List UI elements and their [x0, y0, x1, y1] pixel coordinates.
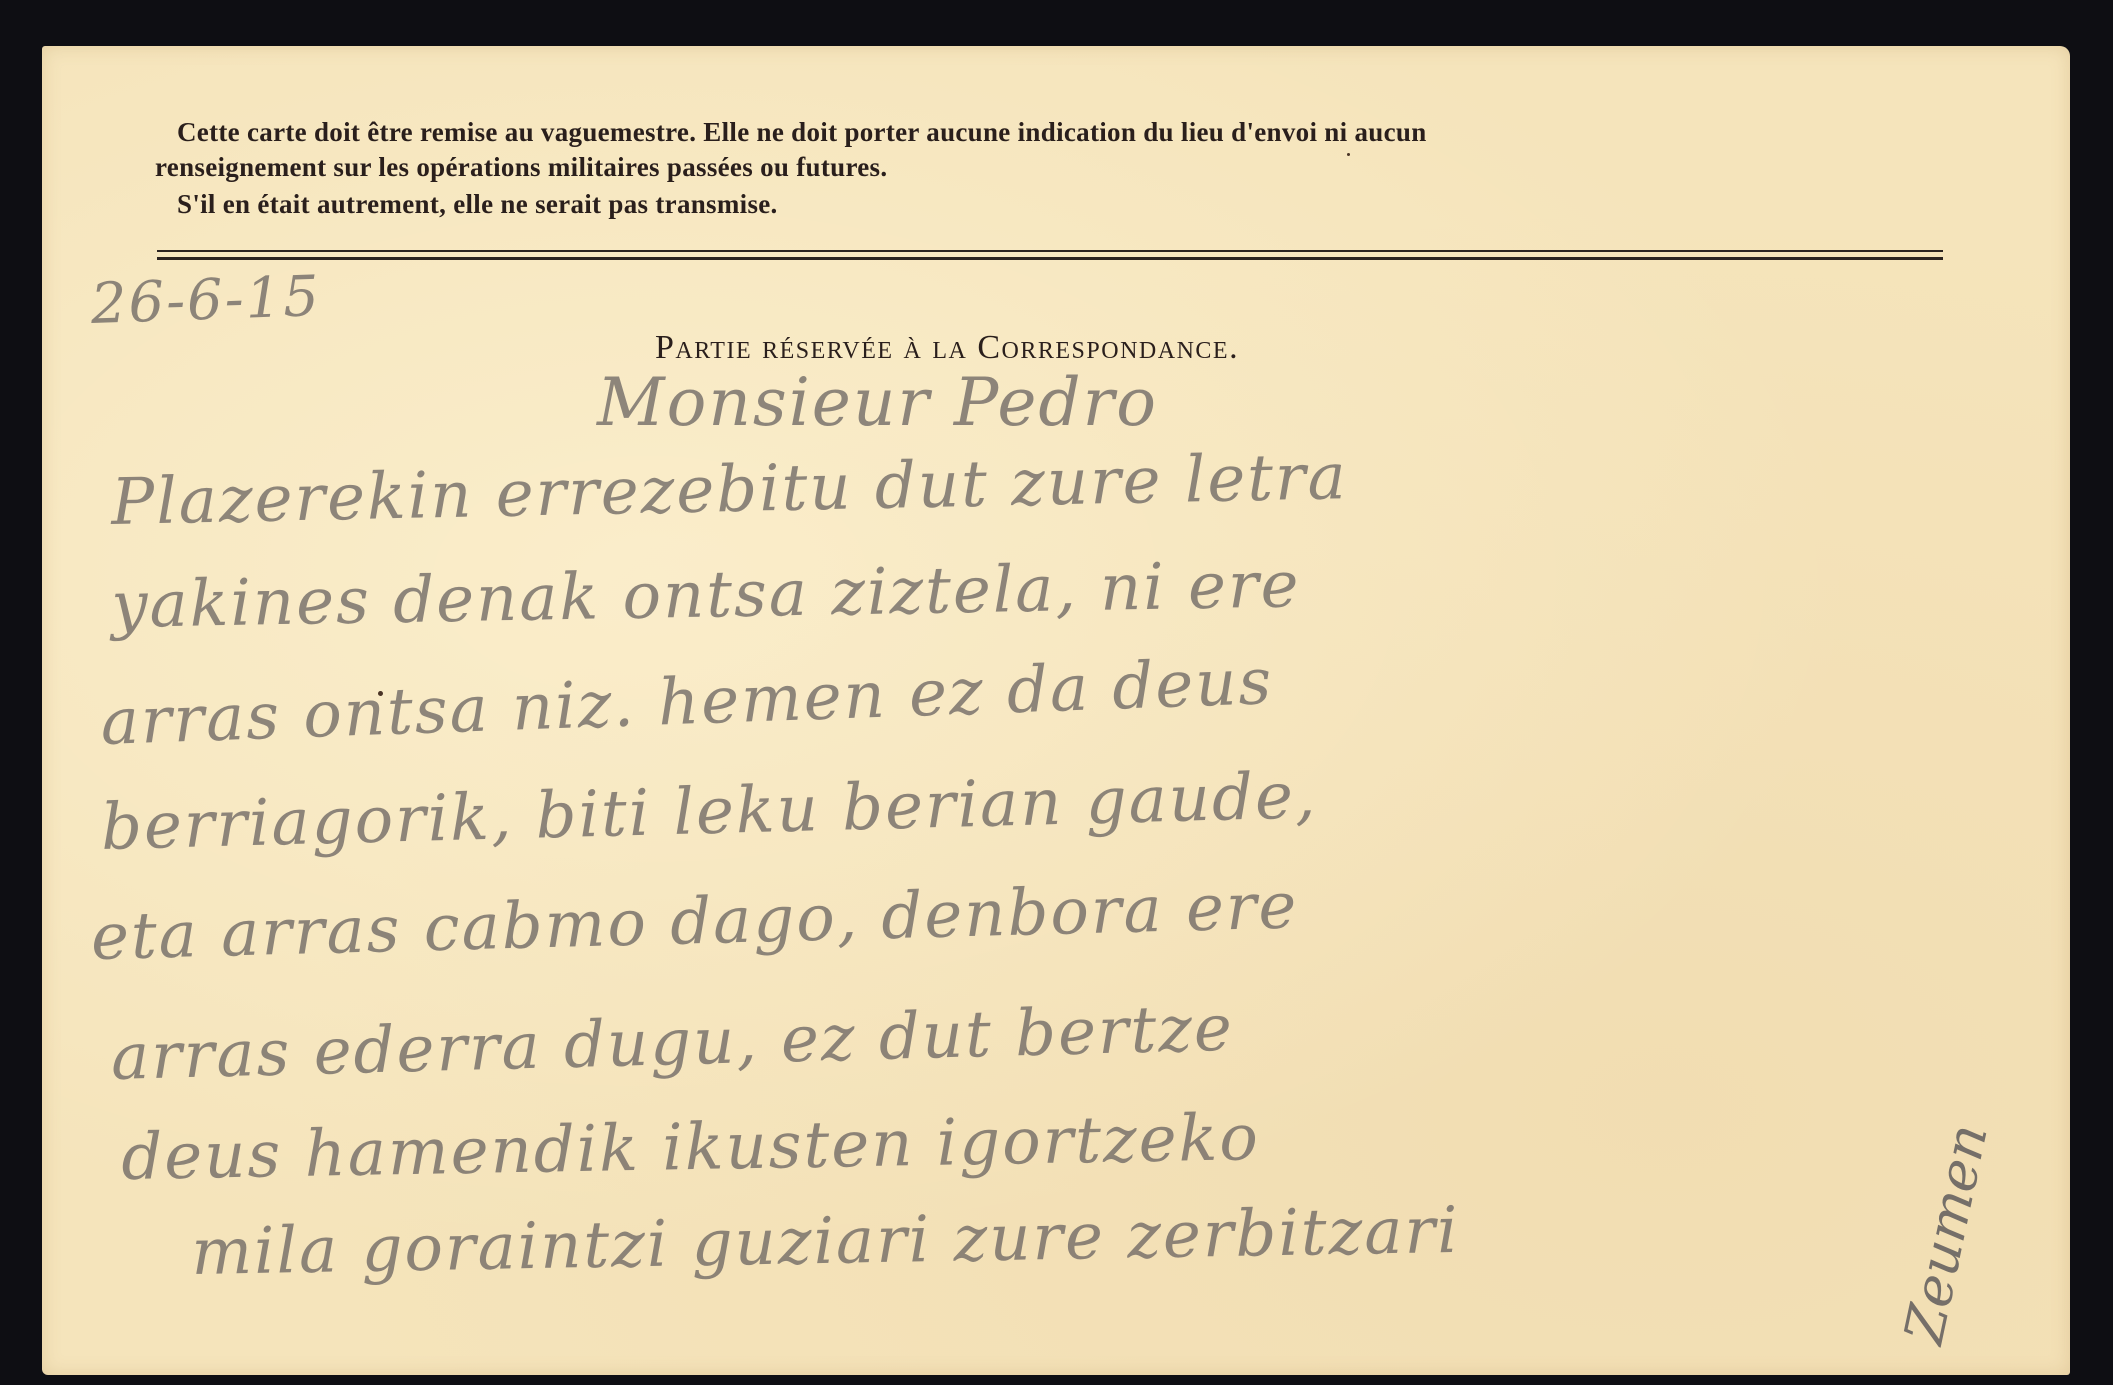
letter-line-5: eta arras cabmo dago, denbora ere: [90, 869, 1299, 975]
correspondence-heading: Partie réservée à la Correspondance.: [655, 329, 1239, 367]
letter-line-4: berriagorik, biti leku berian gaude,: [100, 759, 1318, 865]
paper-speck: [378, 691, 383, 696]
postcard: Cette carte doit être remise au vaguemes…: [42, 46, 2070, 1375]
letter-line-2: yakines denak ontsa ziztela, ni ere: [111, 548, 1301, 643]
letter-line-1: Plazerekin errezebitu dut zure letra: [110, 440, 1348, 540]
double-rule-bottom: [157, 257, 1943, 260]
handwritten-salutation: Monsieur Pedro: [597, 364, 1158, 441]
notice-line-1: Cette carte doit être remise au vaguemes…: [177, 117, 1427, 148]
handwritten-signature: Zeumen: [1892, 1119, 2000, 1349]
notice-line-2: renseignement sur les opérations militai…: [155, 152, 887, 183]
letter-line-8: mila goraintzi guziari zure zerbitzari: [191, 1194, 1460, 1290]
letter-line-6: arras ederra dugu, ez dut bertze: [110, 992, 1235, 1095]
letter-line-3: arras ontsa niz. hemen ez da deus: [99, 645, 1274, 760]
handwritten-date: 26-6-15: [90, 264, 322, 337]
notice-line-3: S'il en était autrement, elle ne serait …: [177, 189, 778, 220]
paper-speck: [1347, 153, 1350, 156]
letter-line-7: deus hamendik ikusten igortzeko: [121, 1101, 1261, 1195]
double-rule-top: [157, 250, 1943, 252]
